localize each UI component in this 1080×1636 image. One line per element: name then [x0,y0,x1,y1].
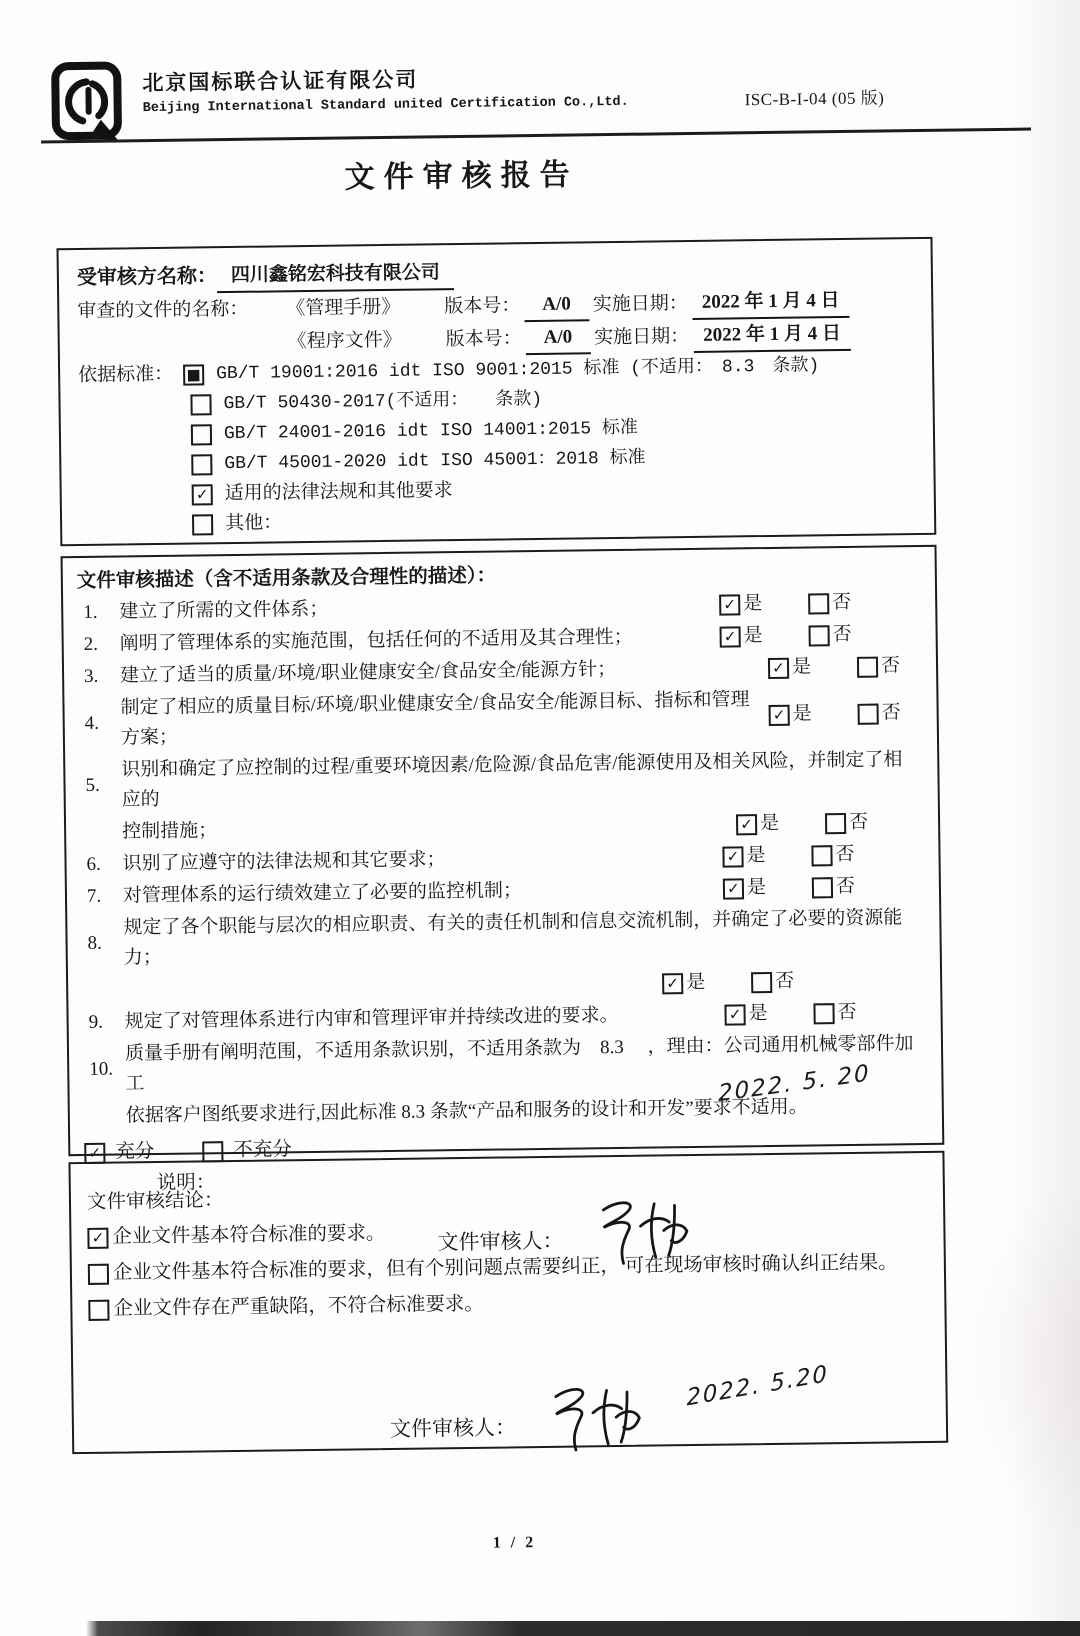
item-number: 7. [81,881,123,912]
page-title: 文件审核报告 [0,145,932,201]
spacer [768,1013,814,1014]
no-label: 否 [837,998,856,1028]
standard-checkbox [191,424,212,445]
spacer [762,603,808,604]
item-number: 3. [78,661,120,692]
yes-no-group: ✓是 否 [724,998,856,1030]
company-name-en: Beijing International Standard united Ce… [143,95,629,116]
no-label: 否 [849,808,868,838]
scanned-document-page: 北京国标联合认证有限公司 Beijing International Stand… [0,0,1080,1636]
yes-no-group: ✓是 否 [723,872,855,904]
no-label: 否 [832,588,851,618]
yes-no-group: ✓是 否 [722,840,854,872]
no-label: 否 [881,698,900,728]
header-divider [41,128,1031,144]
version-value: A/0 [524,288,589,322]
yes-label: 是 [747,873,766,903]
yes-label: 是 [792,652,811,682]
yes-checkbox: ✓ [719,626,740,647]
spacer [779,823,825,824]
item-number: 9. [82,1007,124,1038]
form-code: ISC-B-I-04 (05 版) [744,83,884,110]
document-name: 《管理手册》 [248,291,438,324]
audit-info-section: 受审核方名称： 四川鑫铭宏科技有限公司 审查的文件的名称： 《管理手册》 版本号… [57,237,937,546]
no-label: 否 [832,620,851,650]
review-item-8-line1: 8. 规定了各个职能与层次的相应职责、有关的责任机制和信息交流机制，并确定了必要… [81,903,922,974]
item-number: 1. [77,597,119,628]
no-label: 否 [881,651,900,681]
item-number-blank [80,832,122,833]
conclusion-text: 企业文件存在严重缺陷，不符合标准要求。 [113,1287,484,1328]
insufficient-checkbox [202,1141,223,1162]
item-text: 阐明了管理体系的实施范围，包括任何的不适用及其合理性； [119,622,719,660]
conclusion-section: 文件审核结论： ✓ 企业文件基本符合标准的要求。 企业文件基本符合标准的要求，但… [68,1151,948,1454]
date-value: 2022 年 1 月 4 日 [692,285,850,320]
auditee-label: 受审核方名称： [77,261,217,294]
yes-checkbox: ✓ [724,1004,745,1025]
date-value: 2022 年 1 月 4 日 [693,318,851,353]
yes-label: 是 [792,699,811,729]
spacer [763,635,809,636]
no-label: 否 [835,840,854,870]
no-checkbox [857,656,878,677]
conclusion-sign-row: 文件审核人： [389,1375,928,1444]
company-logo-icon [48,59,129,146]
no-checkbox [811,845,832,866]
standard-checkbox [192,514,213,535]
item-text: 制定了相应的质量目标/环境/职业健康安全/食品安全/能源目标、指标和管理方案； [120,685,769,753]
yes-label: 是 [746,841,765,871]
yes-label: 是 [743,589,762,619]
standard-checkbox [191,454,212,475]
yes-label: 是 [748,999,767,1029]
item-number: 10. [83,1054,125,1085]
item-text: 规定了对管理体系进行内审和管理评审并持续改进的要求。 [124,1000,724,1038]
yes-label: 是 [760,809,779,839]
yes-no-group: ✓是 否 [736,808,868,840]
review-item-4: 4. 制定了相应的质量目标/环境/职业健康安全/食品安全/能源目标、指标和管理方… [78,683,919,754]
version-label: 版本号： [444,290,520,322]
standard-checkbox-filled: ■ [183,364,204,385]
no-checkbox [825,812,846,833]
item-text: 规定了各个职能与层次的相应职责、有关的责任机制和信息交流机制，并确定了必要的资源… [123,903,922,973]
no-checkbox [808,625,829,646]
company-name-cn: 北京国标联合认证有限公司 [142,64,418,98]
item-number: 4. [79,708,121,739]
spacer [812,714,858,715]
yes-no-group: ✓是 否 [662,967,794,999]
standard-text: 适用的法律法规和其他要求 [225,476,453,509]
item-number: 5. [79,770,121,801]
review-section: 文件审核描述（含不适用条款及合理性的描述）： 1. 建立了所需的文件体系； ✓是… [61,545,945,1156]
date-label: 实施日期： [593,288,688,320]
yes-no-group: ✓是 否 [768,651,900,683]
conclusion-checkbox-checked: ✓ [87,1227,108,1248]
spacer [766,855,812,856]
no-checkbox [812,877,833,898]
scan-bottom-band [0,1621,1080,1636]
sufficient-checkbox: ✓ [84,1142,105,1163]
item-number: 6. [80,849,122,880]
page-number: 1 / 2 [9,1528,1019,1559]
yes-label: 是 [686,968,705,998]
spacer [766,887,812,888]
no-label: 否 [836,872,855,902]
yes-checkbox: ✓ [723,878,744,899]
yes-no-group: ✓是 否 [768,698,900,730]
yes-checkbox: ✓ [736,814,757,835]
item-number: 8. [81,928,123,959]
item-text: 识别和确定了应控制的过程/重要环境因素/危险源/食品危害/能源使用及相关风险，并… [121,745,920,815]
date-label: 实施日期： [594,321,689,353]
yes-checkbox: ✓ [722,846,743,867]
item-text: 建立了所需的文件体系； [119,590,719,628]
item-number-blank [84,1116,126,1117]
scan-tilt-wrapper: 北京国标联合认证有限公司 Beijing International Stand… [0,0,1080,1636]
yes-no-group: ✓是 否 [719,588,851,620]
yes-checkbox: ✓ [769,704,790,725]
standard-text: 其他： [225,508,282,539]
conclusion-checkbox [88,1263,109,1284]
standards-label: 依据标准： [78,360,173,391]
spacer [705,982,751,983]
no-checkbox [751,971,772,992]
no-label: 否 [775,967,794,997]
spacer [811,667,857,668]
conclusion-checkbox [88,1299,109,1320]
document-name: 《程序文件》 [250,324,440,357]
item-number-blank [82,990,124,991]
no-checkbox [858,703,879,724]
standard-text: GB/T 50430-2017(不适用： 条款) [223,385,542,419]
auditee-name: 四川鑫铭宏科技有限公司 [217,257,454,293]
version-label: 版本号： [446,323,522,355]
yes-no-group: ✓是 否 [719,620,851,652]
version-value: A/0 [526,321,591,355]
item-text-blank [124,983,662,990]
reviewer-label: 文件审核人： [390,1412,516,1444]
standard-text: GB/T 45001-2020 idt ISO 45001：2018 标准 [224,444,646,480]
standard-checkbox-checked: ✓ [192,484,213,505]
yes-label: 是 [743,621,762,651]
yes-checkbox: ✓ [662,973,683,994]
conclusion-text: 企业文件基本符合标准的要求。 [112,1216,385,1256]
reviewer-signature [525,1380,666,1456]
no-checkbox [808,593,829,614]
docs-label: 审查的文件的名称： [77,294,248,327]
item-number: 2. [78,629,120,660]
review-item-5-line1: 5. 识别和确定了应控制的过程/重要环境因素/危险源/食品危害/能源使用及相关风… [79,745,920,816]
yes-checkbox: ✓ [768,657,789,678]
yes-checkbox: ✓ [719,594,740,615]
no-checkbox [813,1003,834,1024]
standard-checkbox [190,394,211,415]
